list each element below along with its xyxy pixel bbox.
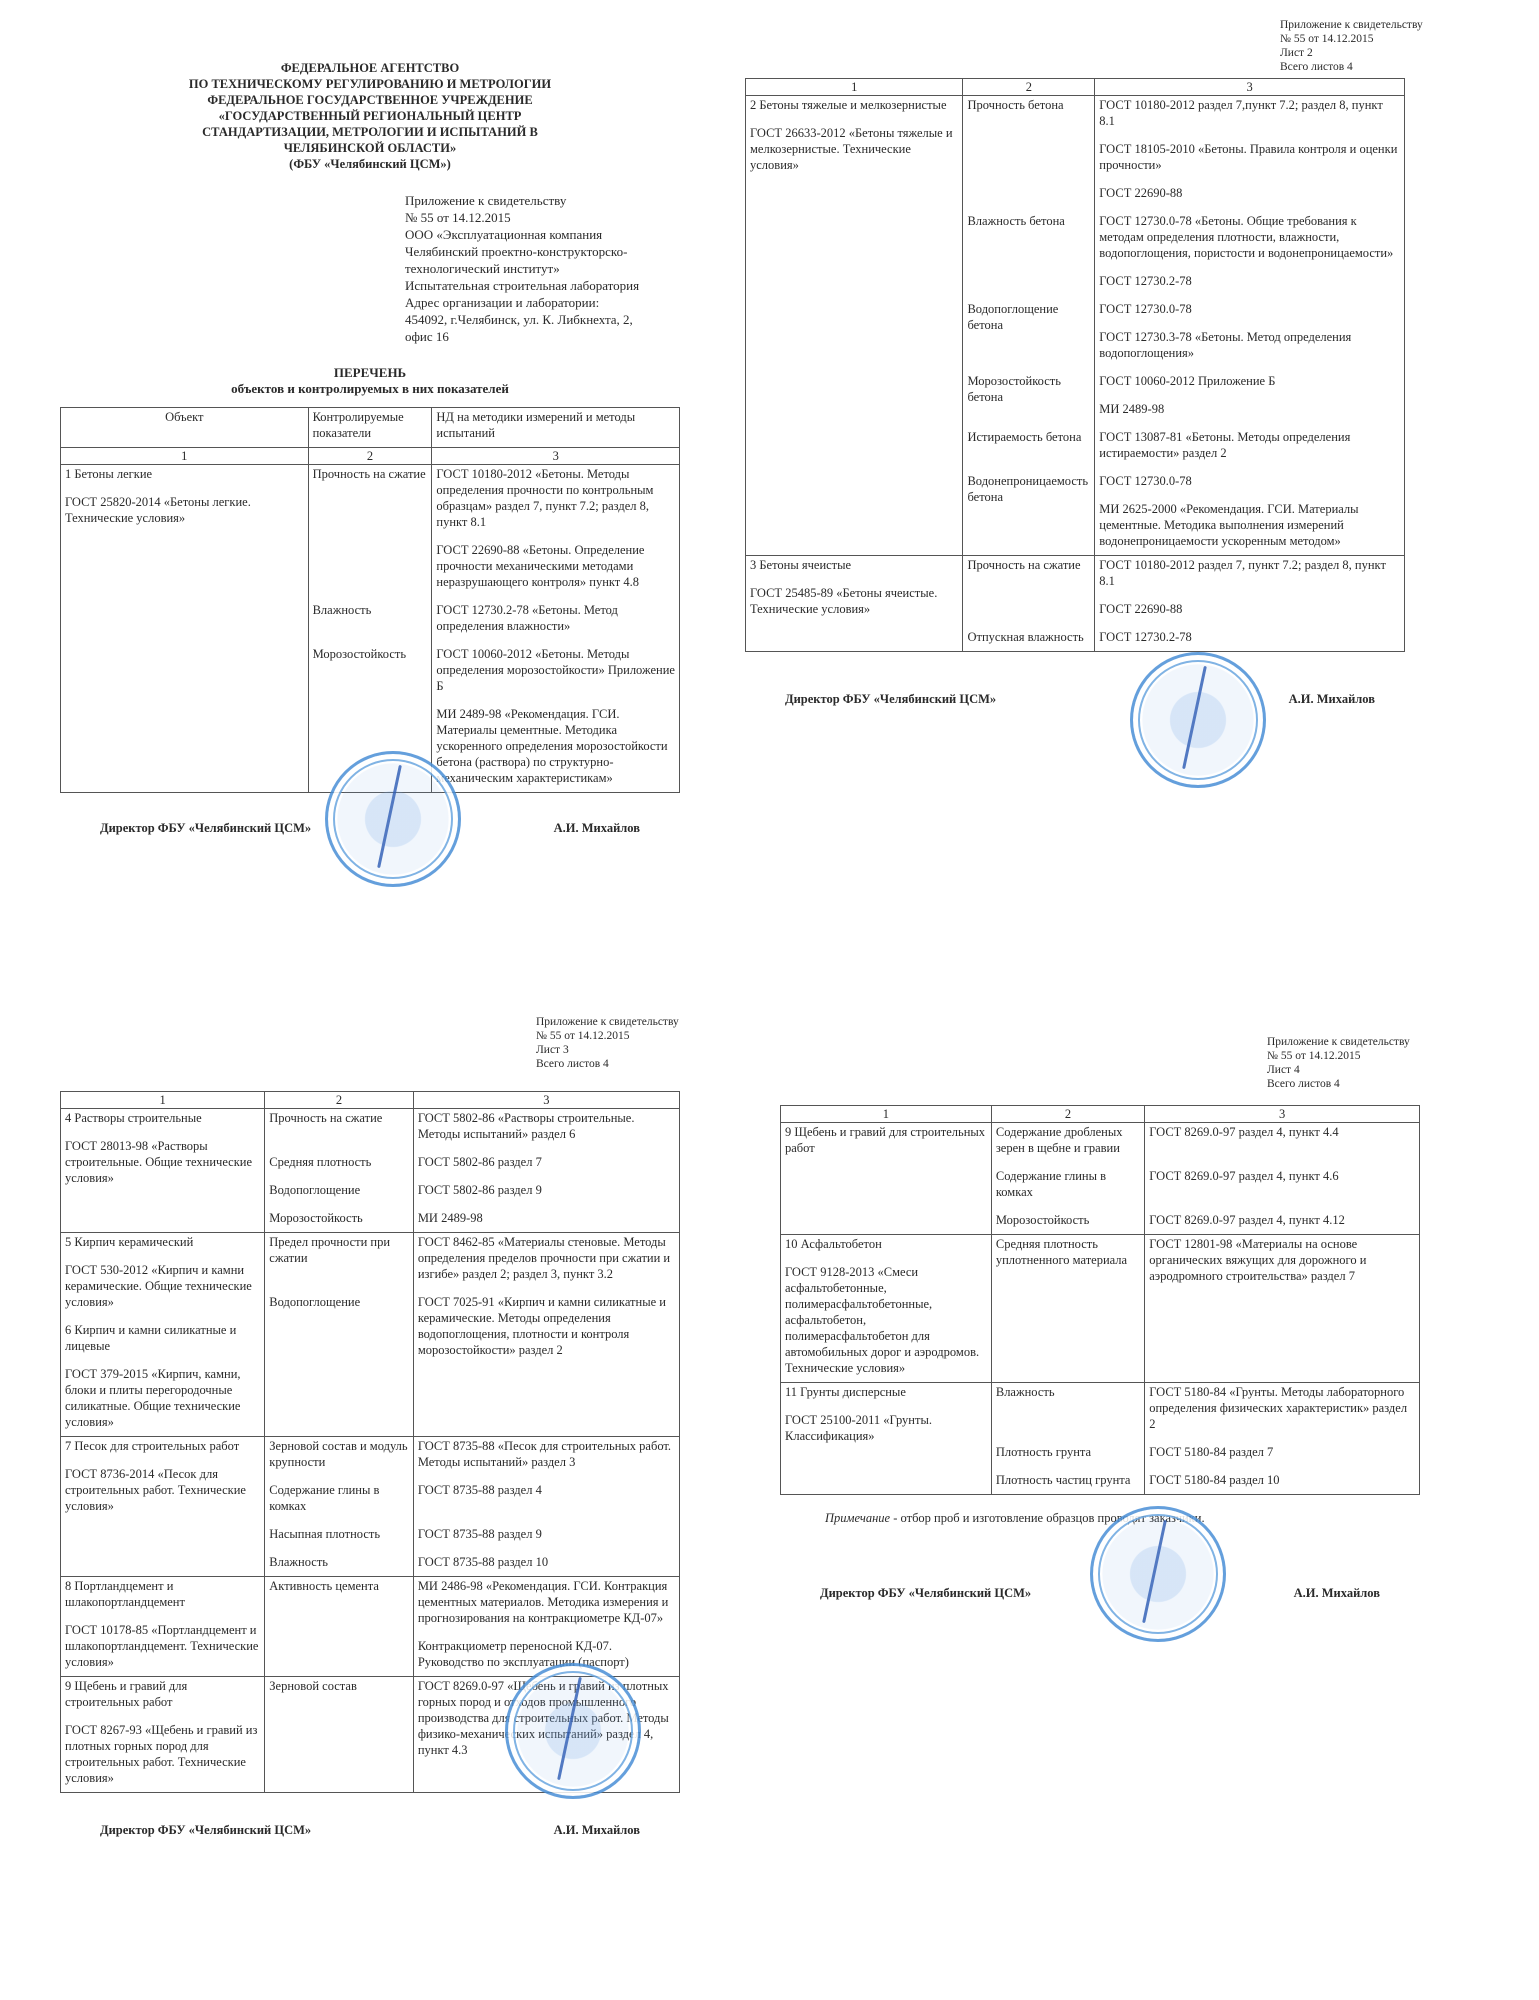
methods-cell: ГОСТ 10180-2012 раздел 7,пункт 7.2; разд… bbox=[1095, 96, 1405, 556]
indicator: Средняя плотность уплотненного материала bbox=[996, 1236, 1140, 1284]
method: ГОСТ 10180-2012 раздел 7, пункт 7.2; раз… bbox=[1099, 557, 1400, 589]
method: ГОСТ 10180-2012 «Бетоны. Методы определе… bbox=[436, 466, 675, 530]
method-group: ГОСТ 7025-91 «Кирпич и камни силикатные … bbox=[418, 1294, 675, 1358]
column-header-object: Объект bbox=[61, 408, 309, 448]
list-title: ПЕРЕЧЕНЬ объектов и контролируемых в них… bbox=[60, 365, 680, 397]
sheet-info: Приложение к свидетельству № 55 от 14.12… bbox=[536, 1015, 680, 1071]
method: ГОСТ 10060-2012 Приложение Б bbox=[1099, 373, 1400, 389]
method: ГОСТ 8735-88 раздел 10 bbox=[418, 1554, 675, 1570]
method: ГОСТ 8269.0-97 раздел 4, пункт 4.12 bbox=[1149, 1212, 1415, 1228]
method-group: ГОСТ 8735-88 «Песок для строительных раб… bbox=[418, 1438, 675, 1470]
indicators-cell: Содержание дробленых зерен в щебне и гра… bbox=[991, 1123, 1144, 1235]
method: ГОСТ 5802-86 «Растворы строительные. Мет… bbox=[418, 1110, 675, 1142]
method-group: ГОСТ 5802-86 раздел 9 bbox=[418, 1182, 675, 1198]
indicator: Водонепроницаемость бетона bbox=[967, 473, 1090, 549]
object-cell: 3 Бетоны ячеистыеГОСТ 25485-89 «Бетоны я… bbox=[746, 556, 963, 652]
indicator: Прочность бетона bbox=[967, 97, 1090, 201]
indicators-cell: Зерновой состав и модуль крупностиСодерж… bbox=[265, 1437, 414, 1577]
indicators-cell: Прочность на сжатиеСредняя плотностьВодо… bbox=[265, 1109, 414, 1233]
indicators-cell: Предел прочности при сжатииВодопоглощени… bbox=[265, 1233, 414, 1437]
indicator: Плотность грунта bbox=[996, 1444, 1140, 1460]
official-stamp-icon bbox=[1130, 652, 1266, 788]
method-group: ГОСТ 8462-85 «Материалы стеновые. Методы… bbox=[418, 1234, 675, 1282]
method: ГОСТ 12730.0-78 «Бетоны. Общие требовани… bbox=[1099, 213, 1400, 261]
method: ГОСТ 12801-98 «Материалы на основе орган… bbox=[1149, 1236, 1415, 1284]
signatory-role: Директор ФБУ «Челябинский ЦСМ» bbox=[820, 1586, 1031, 1601]
method: МИ 2625-2000 «Рекомендация. ГСИ. Материа… bbox=[1099, 501, 1400, 549]
table-row: 10 АсфальтобетонГОСТ 9128-2013 «Смеси ас… bbox=[781, 1235, 1420, 1383]
object-cell: 8 Портландцемент и шлакопортландцементГО… bbox=[61, 1577, 265, 1677]
methods-cell: ГОСТ 12801-98 «Материалы на основе орган… bbox=[1145, 1235, 1420, 1383]
method: ГОСТ 5802-86 раздел 7 bbox=[418, 1154, 675, 1170]
method-group: ГОСТ 10180-2012 раздел 7,пункт 7.2; разд… bbox=[1099, 97, 1400, 201]
method-group: ГОСТ 5802-86 «Растворы строительные. Мет… bbox=[418, 1110, 675, 1142]
indicator: Содержание дробленых зерен в щебне и гра… bbox=[996, 1124, 1140, 1156]
indicator: Морозостойкость бетона bbox=[967, 373, 1090, 417]
method-group: ГОСТ 8735-88 раздел 10 bbox=[418, 1554, 675, 1570]
method-group: ГОСТ 8269.0-97 раздел 4, пункт 4.6 bbox=[1149, 1168, 1415, 1200]
indicator: Содержание глины в комках bbox=[996, 1168, 1140, 1200]
method: ГОСТ 22690-88 bbox=[1099, 601, 1400, 617]
object-cell: 1 Бетоны легкиеГОСТ 25820-2014 «Бетоны л… bbox=[61, 465, 309, 793]
method: ГОСТ 5802-86 раздел 9 bbox=[418, 1182, 675, 1198]
indicator: Предел прочности при сжатии bbox=[269, 1234, 409, 1282]
indicator: Плотность частиц грунта bbox=[996, 1472, 1140, 1488]
table-row: 7 Песок для строительных работГОСТ 8736-… bbox=[61, 1437, 680, 1577]
note-label: Примечание bbox=[825, 1511, 890, 1525]
indicator: Отпускная влажность bbox=[967, 629, 1090, 645]
signatory-name: А.И. Михайлов bbox=[554, 821, 640, 836]
method: ГОСТ 12730.0-78 bbox=[1099, 301, 1400, 317]
method: МИ 2489-98 «Рекомендация. ГСИ. Материалы… bbox=[436, 706, 675, 786]
method-group: ГОСТ 12801-98 «Материалы на основе орган… bbox=[1149, 1236, 1415, 1284]
indicator: Зерновой состав bbox=[269, 1678, 409, 1758]
signatory-name: А.И. Михайлов bbox=[1289, 692, 1375, 707]
method-group: ГОСТ 12730.0-78 «Бетоны. Общие требовани… bbox=[1099, 213, 1400, 289]
method-group: ГОСТ 5802-86 раздел 7 bbox=[418, 1154, 675, 1170]
page-1: ФЕДЕРАЛЬНОЕ АГЕНТСТВО ПО ТЕХНИЧЕСКОМУ РЕ… bbox=[60, 60, 680, 836]
indicator: Морозостойкость bbox=[269, 1210, 409, 1226]
method: ГОСТ 8269.0-97 раздел 4, пункт 4.4 bbox=[1149, 1124, 1415, 1140]
organization-header: ФЕДЕРАЛЬНОЕ АГЕНТСТВО ПО ТЕХНИЧЕСКОМУ РЕ… bbox=[60, 60, 680, 172]
method: ГОСТ 5180-84 раздел 10 bbox=[1149, 1472, 1415, 1488]
methods-cell: ГОСТ 8269.0-97 раздел 4, пункт 4.4ГОСТ 8… bbox=[1145, 1123, 1420, 1235]
methods-cell: ГОСТ 10180-2012 «Бетоны. Методы определе… bbox=[432, 465, 680, 793]
method: Контракциометр переносной КД-07. Руковод… bbox=[418, 1638, 675, 1670]
method: ГОСТ 10180-2012 раздел 7,пункт 7.2; разд… bbox=[1099, 97, 1400, 129]
method-group: ГОСТ 13087-81 «Бетоны. Методы определени… bbox=[1099, 429, 1400, 461]
methods-cell: ГОСТ 5802-86 «Растворы строительные. Мет… bbox=[413, 1109, 679, 1233]
methods-cell: ГОСТ 8462-85 «Материалы стеновые. Методы… bbox=[413, 1233, 679, 1437]
indicators-cell: Зерновой состав bbox=[265, 1677, 414, 1793]
scope-table-page-2: 1 2 3 2 Бетоны тяжелые и мелкозернистыеГ… bbox=[745, 78, 1405, 652]
sheet-info: Приложение к свидетельству № 55 от 14.12… bbox=[1267, 1035, 1440, 1091]
method-group: ГОСТ 12730.0-78МИ 2625-2000 «Рекомендаци… bbox=[1099, 473, 1400, 549]
method: ГОСТ 8735-88 раздел 4 bbox=[418, 1482, 675, 1498]
signatory-role: Директор ФБУ «Челябинский ЦСМ» bbox=[100, 821, 311, 836]
method: МИ 2486-98 «Рекомендация. ГСИ. Контракци… bbox=[418, 1578, 675, 1626]
indicator: Влажность bbox=[313, 602, 428, 634]
column-header-indicators: Контролируемые показатели bbox=[308, 408, 432, 448]
method: ГОСТ 12730.2-78 bbox=[1099, 629, 1400, 645]
method-group: ГОСТ 5180-84 «Грунты. Методы лабораторно… bbox=[1149, 1384, 1415, 1432]
indicator: Содержание глины в комках bbox=[269, 1482, 409, 1514]
scope-table-page-1: Объект Контролируемые показатели НД на м… bbox=[60, 407, 680, 793]
method-group: ГОСТ 5180-84 раздел 10 bbox=[1149, 1472, 1415, 1488]
object-cell: 7 Песок для строительных работГОСТ 8736-… bbox=[61, 1437, 265, 1577]
indicators-cell: Средняя плотность уплотненного материала bbox=[991, 1235, 1144, 1383]
indicators-cell: Прочность бетонаВлажность бетонаВодопогл… bbox=[963, 96, 1095, 556]
method-group: ГОСТ 8269.0-97 раздел 4, пункт 4.12 bbox=[1149, 1212, 1415, 1228]
indicator: Прочность на сжатие bbox=[269, 1110, 409, 1142]
table-row: 8 Портландцемент и шлакопортландцементГО… bbox=[61, 1577, 680, 1677]
method-group: ГОСТ 8735-88 раздел 9 bbox=[418, 1526, 675, 1542]
method: ГОСТ 8462-85 «Материалы стеновые. Методы… bbox=[418, 1234, 675, 1282]
signatory-name: А.И. Михайлов bbox=[1294, 1586, 1380, 1601]
signature-block: Директор ФБУ «Челябинский ЦСМ» А.И. Миха… bbox=[60, 821, 680, 836]
page-3: Приложение к свидетельству № 55 от 14.12… bbox=[60, 1015, 680, 1838]
table-row: 9 Щебень и гравий для строительных работ… bbox=[781, 1123, 1420, 1235]
method: ГОСТ 8269.0-97 раздел 4, пункт 4.6 bbox=[1149, 1168, 1415, 1184]
signatory-role: Директор ФБУ «Челябинский ЦСМ» bbox=[785, 692, 996, 707]
object-cell: 9 Щебень и гравий для строительных работ bbox=[781, 1123, 992, 1235]
official-stamp-icon bbox=[325, 751, 461, 887]
indicator: Истираемость бетона bbox=[967, 429, 1090, 461]
method-group: ГОСТ 12730.0-78ГОСТ 12730.3-78 «Бетоны. … bbox=[1099, 301, 1400, 361]
method: ГОСТ 8735-88 раздел 9 bbox=[418, 1526, 675, 1542]
indicator: Влажность bbox=[996, 1384, 1140, 1432]
method: ГОСТ 12730.3-78 «Бетоны. Метод определен… bbox=[1099, 329, 1400, 361]
indicator: Активность цемента bbox=[269, 1578, 409, 1670]
scope-table-page-4: 1 2 3 9 Щебень и гравий для строительных… bbox=[780, 1105, 1420, 1495]
method: ГОСТ 12730.2-78 «Бетоны. Метод определен… bbox=[436, 602, 675, 634]
method: ГОСТ 22690-88 bbox=[1099, 185, 1400, 201]
method: ГОСТ 5180-84 раздел 7 bbox=[1149, 1444, 1415, 1460]
official-stamp-icon bbox=[505, 1663, 641, 1799]
official-stamp-icon bbox=[1090, 1506, 1226, 1642]
indicator: Прочность на сжатие bbox=[967, 557, 1090, 617]
method-group: ГОСТ 10180-2012 раздел 7, пункт 7.2; раз… bbox=[1099, 557, 1400, 617]
indicator: Водопоглощение bbox=[269, 1294, 409, 1358]
methods-cell: МИ 2486-98 «Рекомендация. ГСИ. Контракци… bbox=[413, 1577, 679, 1677]
object-cell: 4 Растворы строительныеГОСТ 28013-98 «Ра… bbox=[61, 1109, 265, 1233]
indicators-cell: ВлажностьПлотность грунтаПлотность части… bbox=[991, 1383, 1144, 1495]
method: ГОСТ 5180-84 «Грунты. Методы лабораторно… bbox=[1149, 1384, 1415, 1432]
method-group: ГОСТ 8735-88 раздел 4 bbox=[418, 1482, 675, 1514]
signature-block: Директор ФБУ «Челябинский ЦСМ» А.И. Миха… bbox=[60, 1823, 680, 1838]
indicators-cell: Активность цемента bbox=[265, 1577, 414, 1677]
indicator: Водопоглощение bbox=[269, 1182, 409, 1198]
method: ГОСТ 10060-2012 «Бетоны. Методы определе… bbox=[436, 646, 675, 694]
indicator: Насыпная плотность bbox=[269, 1526, 409, 1542]
indicator: Водопоглощение бетона bbox=[967, 301, 1090, 361]
table-row: 3 Бетоны ячеистыеГОСТ 25485-89 «Бетоны я… bbox=[746, 556, 1405, 652]
page-4: Приложение к свидетельству № 55 от 14.12… bbox=[780, 1035, 1440, 1601]
object-cell: 10 АсфальтобетонГОСТ 9128-2013 «Смеси ас… bbox=[781, 1235, 992, 1383]
object-cell: 9 Щебень и гравий для строительных работ… bbox=[61, 1677, 265, 1793]
method-group: ГОСТ 10060-2012 Приложение БМИ 2489-98 bbox=[1099, 373, 1400, 417]
method: ГОСТ 8735-88 «Песок для строительных раб… bbox=[418, 1438, 675, 1470]
method-group: МИ 2486-98 «Рекомендация. ГСИ. Контракци… bbox=[418, 1578, 675, 1670]
applicant-block: Приложение к свидетельству № 55 от 14.12… bbox=[405, 192, 680, 345]
methods-cell: ГОСТ 10180-2012 раздел 7, пункт 7.2; раз… bbox=[1095, 556, 1405, 652]
column-header-methods: НД на методики измерений и методы испыта… bbox=[432, 408, 680, 448]
method-group: МИ 2489-98 bbox=[418, 1210, 675, 1226]
method: МИ 2489-98 bbox=[1099, 401, 1400, 417]
indicator: Влажность бетона bbox=[967, 213, 1090, 289]
method-group: ГОСТ 10180-2012 «Бетоны. Методы определе… bbox=[436, 466, 675, 590]
table-row: 2 Бетоны тяжелые и мелкозернистыеГОСТ 26… bbox=[746, 96, 1405, 556]
method: ГОСТ 18105-2010 «Бетоны. Правила контрол… bbox=[1099, 141, 1400, 173]
methods-cell: ГОСТ 8735-88 «Песок для строительных раб… bbox=[413, 1437, 679, 1577]
methods-cell: ГОСТ 5180-84 «Грунты. Методы лабораторно… bbox=[1145, 1383, 1420, 1495]
indicator: Средняя плотность bbox=[269, 1154, 409, 1170]
signatory-role: Директор ФБУ «Челябинский ЦСМ» bbox=[100, 1823, 311, 1838]
table-row: 11 Грунты дисперсныеГОСТ 25100-2011 «Гру… bbox=[781, 1383, 1420, 1495]
method-group: ГОСТ 12730.2-78 bbox=[1099, 629, 1400, 645]
signature-block: Директор ФБУ «Челябинский ЦСМ» А.И. Миха… bbox=[745, 692, 1415, 707]
method: ГОСТ 13087-81 «Бетоны. Методы определени… bbox=[1099, 429, 1400, 461]
method-group: ГОСТ 12730.2-78 «Бетоны. Метод определен… bbox=[436, 602, 675, 634]
method-group: ГОСТ 10060-2012 «Бетоны. Методы определе… bbox=[436, 646, 675, 786]
indicators-cell: Прочность на сжатиеВлажностьМорозостойко… bbox=[308, 465, 432, 793]
indicator: Зерновой состав и модуль крупности bbox=[269, 1438, 409, 1470]
sheet-info: Приложение к свидетельству № 55 от 14.12… bbox=[1280, 18, 1465, 74]
object-cell: 2 Бетоны тяжелые и мелкозернистыеГОСТ 26… bbox=[746, 96, 963, 556]
method-group: ГОСТ 8269.0-97 раздел 4, пункт 4.4 bbox=[1149, 1124, 1415, 1156]
method: ГОСТ 12730.2-78 bbox=[1099, 273, 1400, 289]
indicator: Прочность на сжатие bbox=[313, 466, 428, 590]
object-cell: 5 Кирпич керамическийГОСТ 530-2012 «Кирп… bbox=[61, 1233, 265, 1437]
method-group: ГОСТ 5180-84 раздел 7 bbox=[1149, 1444, 1415, 1460]
indicators-cell: Прочность на сжатиеОтпускная влажность bbox=[963, 556, 1095, 652]
page-2: Приложение к свидетельству № 55 от 14.12… bbox=[745, 18, 1465, 707]
method: ГОСТ 22690-88 «Бетоны. Определение прочн… bbox=[436, 542, 675, 590]
method: МИ 2489-98 bbox=[418, 1210, 675, 1226]
signature-block: Директор ФБУ «Челябинский ЦСМ» А.И. Миха… bbox=[780, 1586, 1420, 1601]
object-cell: 11 Грунты дисперсныеГОСТ 25100-2011 «Гру… bbox=[781, 1383, 992, 1495]
indicator: Влажность bbox=[269, 1554, 409, 1570]
indicator: Морозостойкость bbox=[996, 1212, 1140, 1228]
table-row: 4 Растворы строительныеГОСТ 28013-98 «Ра… bbox=[61, 1109, 680, 1233]
table-row: 5 Кирпич керамическийГОСТ 530-2012 «Кирп… bbox=[61, 1233, 680, 1437]
method: ГОСТ 7025-91 «Кирпич и камни силикатные … bbox=[418, 1294, 675, 1358]
method: ГОСТ 12730.0-78 bbox=[1099, 473, 1400, 489]
signatory-name: А.И. Михайлов bbox=[554, 1823, 640, 1838]
table-row: 1 Бетоны легкиеГОСТ 25820-2014 «Бетоны л… bbox=[61, 465, 680, 793]
